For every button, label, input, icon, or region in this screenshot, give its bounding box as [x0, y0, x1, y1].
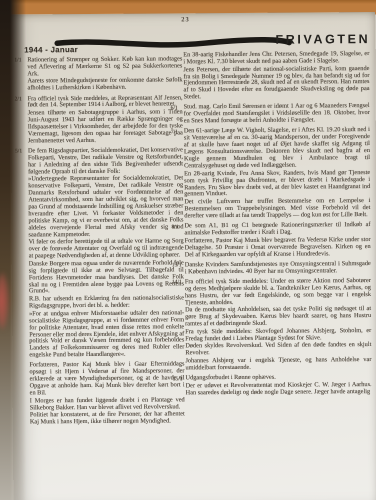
entry-paragraphs: De fem Rigsdagspartier, Socialdemokratie…: [28, 147, 184, 360]
entry-paragraph: R.B. har udsendt en Erklæring fra den na…: [29, 296, 184, 311]
entry-paragraph: Stud. mag. Carlo Emil Sørensen er idømt …: [184, 103, 370, 125]
entry-paragraphs: En 38-aarig Fiskehandler Jens Chr. Peter…: [183, 51, 369, 102]
chronicle-entry: 5/1 De fem Rigsdagspartier, Socialdemokr…: [15, 147, 184, 360]
entry-paragraphs: De som A1, B1 og C1 betegnede Rationerin…: [184, 222, 370, 259]
entry-paragraphs: Fra officiel tysk Side meddeles: Under e…: [185, 278, 372, 373]
page-number: 23: [10, 15, 361, 24]
entry-date: 6/1: [171, 105, 184, 127]
entry-paragraph: Jens Petersen, der tilhørte det national…: [183, 66, 369, 102]
entry-date: 14/1: [172, 279, 186, 373]
entry-paragraph: Rationering af Strømper og Sokker. Køb k…: [27, 56, 182, 78]
entry-paragraph: En 38-aarig Fiskehandler Jens Chr. Peter…: [183, 51, 369, 66]
entry-paragraphs: Fra officiel tysk Side meddeles, at Repr…: [28, 95, 183, 146]
entry-paragraph: Politiet har konstateret, at de fire Per…: [30, 412, 185, 427]
chronicle-entry: 8/1 De som A1, B1 og C1 betegnede Ration…: [171, 222, 370, 260]
entry-date: 8/1: [171, 223, 184, 259]
chronicle-entry: 2/1 Fra officiel tysk Side meddeles, at …: [15, 95, 183, 146]
chronicle-entry: En 38-aarig Fiskehandler Jens Chr. Peter…: [170, 51, 369, 102]
entry-paragraph: Det civile Luftværn har truffet Bestemme…: [184, 198, 370, 220]
entry-date: 2/1: [15, 96, 28, 146]
entry-paragraph: »For at undgaa enhver Misforstaaelse udt…: [29, 310, 184, 359]
chronicle-entry: 13/1 Danske Kvinders Samfundstjenestes n…: [172, 261, 371, 277]
entry-date: 13/1: [172, 262, 185, 277]
page: 23 FRIVAGTEN 1944 - Januar 1/1 Rationeri…: [10, 12, 376, 500]
chronicle-entry: 1/1 Rationering af Strømper og Sokker. K…: [14, 56, 182, 93]
entry-paragraphs: Forfatteren, Pastor Kaj Munk blev i Gaar…: [29, 362, 184, 428]
entry-date: 7/1: [171, 129, 185, 221]
entry-date: [16, 363, 29, 428]
entry-paragraphs: Den 61-aarige Læge W. Vigholt, Slagelse,…: [184, 127, 371, 220]
chronicle-entry: 6/1 Stud. mag. Carlo Emil Sørensen er id…: [171, 103, 370, 126]
entry-paragraph: Den 61-aarige Læge W. Vigholt, Slagelse,…: [184, 127, 370, 170]
chronicle-entry: 14/1 Fra officiel tysk Side meddeles: Un…: [172, 278, 372, 373]
entry-date: 15/1: [173, 375, 186, 397]
entry-paragraph: Der er udøvet et Revolverattentat mod Ki…: [186, 382, 372, 397]
entry-date: 1/1: [14, 57, 27, 93]
entry-paragraph: »Undertegnede Repræsentanter for Sociald…: [28, 176, 183, 239]
entry-paragraph: Forfatteren, Pastor Kaj Munk blev begrav…: [185, 237, 371, 259]
right-entries: En 38-aarig Fiskehandler Jens Chr. Peter…: [170, 51, 371, 398]
red-edge-blur: [0, 272, 9, 330]
left-entries: 1/1 Rationering af Strømper og Sokker. K…: [14, 56, 185, 427]
entry-paragraph: De som A1, B1 og C1 betegnede Rationerin…: [184, 222, 370, 237]
chronicle-entry: 7/1 Den 61-aarige Læge W. Vigholt, Slage…: [171, 127, 371, 221]
masthead-title: FRIVAGTEN: [275, 32, 370, 47]
entry-paragraph: Aarets store Mindegudstjeneste for omkom…: [27, 78, 182, 93]
entry-paragraph: De fem Rigsdagspartier, Socialdemokratie…: [28, 147, 183, 176]
entry-paragraphs: Udgangsforbudet i Rønne ophæves.Der er u…: [186, 374, 372, 398]
month-header: 1944 - Januar: [24, 46, 182, 54]
entry-paragraphs: Rationering af Strømper og Sokker. Køb k…: [27, 56, 182, 93]
entry-paragraph: Fra officiel tysk Side meddeles, at Repr…: [28, 95, 183, 110]
photographed-book-page: 23 FRIVAGTEN 1944 - Januar 1/1 Rationeri…: [0, 0, 376, 500]
entry-paragraph: Jensen tilhørte en Sabotagegruppe i Aarh…: [28, 109, 183, 145]
entry-paragraph: Forfatteren, Pastor Kaj Munk blev i Gaar…: [29, 362, 184, 398]
chronicle-entry: Forfatteren, Pastor Kaj Munk blev i Gaar…: [16, 362, 184, 428]
entry-paragraphs: Stud. mag. Carlo Emil Sørensen er idømt …: [184, 103, 370, 126]
right-column: En 38-aarig Fiskehandler Jens Chr. Peter…: [170, 51, 371, 400]
entry-paragraph: Vi føler os derfor berettigede til at ud…: [29, 239, 184, 261]
entry-date: [170, 52, 183, 102]
entry-paragraphs: Danske Kvinders Samfundstjenestes nye Om…: [185, 261, 371, 277]
entry-paragraph: Johannes Alsbjerg var i engelsk Tjeneste…: [185, 357, 371, 372]
chronicle-entry: 15/1 Udgangsforbudet i Rønne ophæves.Der…: [173, 374, 372, 398]
entry-paragraph: Danske Borgere maa ogsaa under de nuvære…: [29, 260, 184, 296]
entry-paragraph: Danske Kvinders Samfundstjenestes nye Om…: [185, 261, 371, 276]
left-column: 1944 - Januar 1/1 Rationering af Strømpe…: [14, 46, 185, 430]
entry-paragraph: Fra officiel tysk Side meddeles: Under e…: [185, 278, 371, 307]
entry-paragraph: Da de modsatte sig Anholdelsen, saa det …: [185, 306, 371, 328]
entry-paragraph: En 28-aarig Kvinde, Fru Anna Skov, Rande…: [184, 170, 370, 199]
